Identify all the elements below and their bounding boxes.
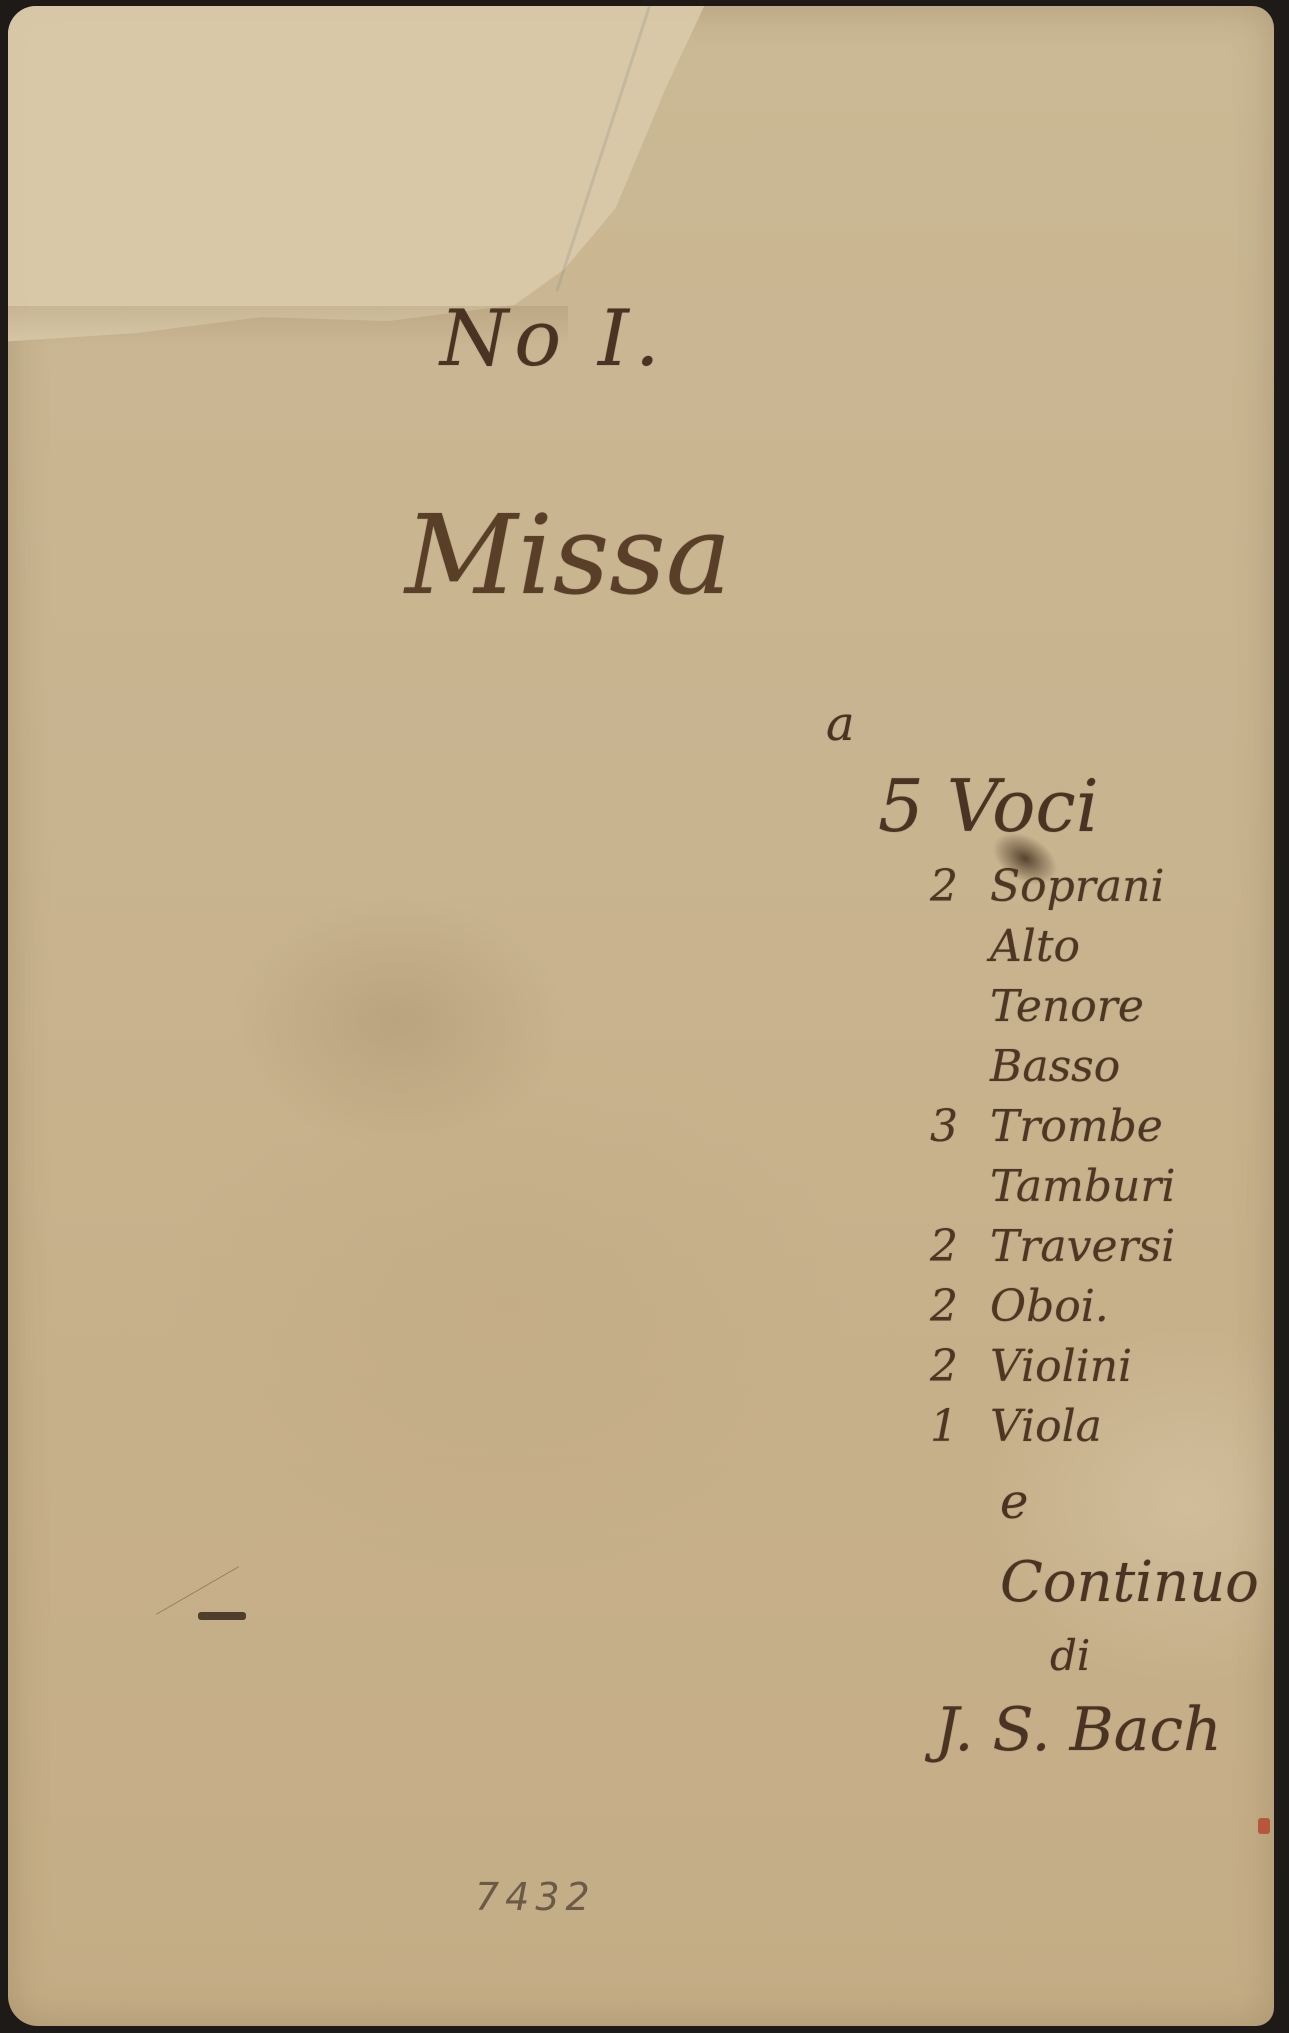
conjunction: e [1000,1478,1028,1526]
scoring-part: Basso [990,1045,1120,1089]
scoring-part: Oboi. [990,1285,1109,1329]
scoring-part: Tenore [990,985,1144,1029]
scoring-count: 2 [930,865,970,909]
title-number: No I. [440,300,666,378]
scoring-part: Tamburi [990,1165,1176,1209]
scoring-count: 2 [930,1225,970,1269]
attribution-di: di [1050,1635,1090,1677]
title: Missa [405,500,731,610]
scoring-part: Soprani [990,865,1164,909]
scoring-part: Alto [990,925,1080,969]
continuo-label: Continuo [1000,1555,1259,1611]
ink-mark [198,1612,246,1620]
scoring-count: 2 [930,1285,970,1329]
composer-name: J. S. Bach [935,1700,1222,1760]
scoring-part: Violini [990,1345,1132,1389]
voices-count: 5 Voci [878,770,1099,842]
preposition: a [826,700,855,748]
scoring-part: Trombe [990,1105,1163,1149]
scoring-part: Traversi [990,1225,1175,1269]
scoring-part: Viola [990,1405,1102,1449]
red-stamp-mark [1258,1818,1270,1834]
scoring-count: 3 [930,1105,970,1149]
catalog-number: 7432 [475,1875,596,1919]
scoring-count: 1 [930,1405,970,1449]
scoring-count: 2 [930,1345,970,1389]
